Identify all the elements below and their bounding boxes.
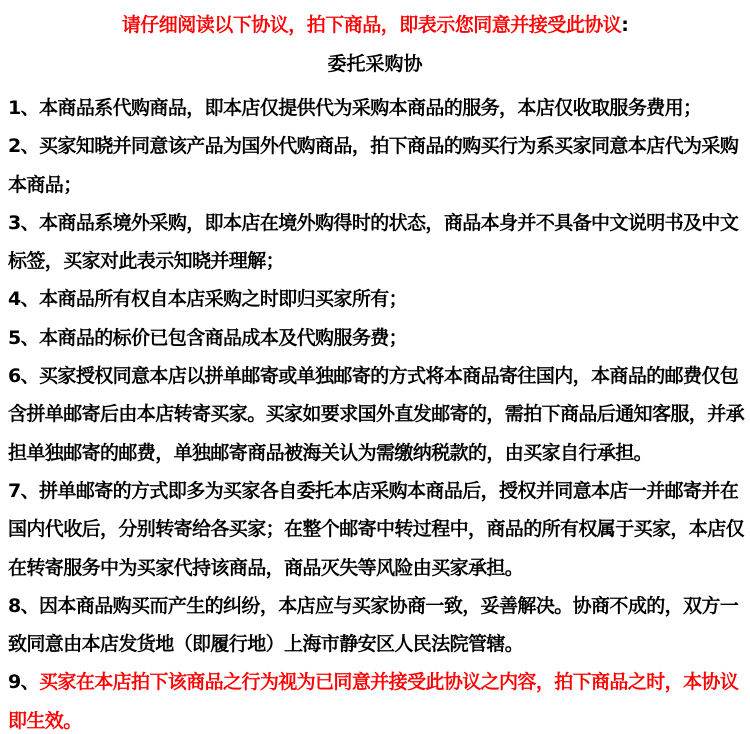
clause-list: 1、本商品系代购商品，即本店仅提供代为采购本商品的服务，本店仅收取服务费用； 2… — [8, 89, 748, 734]
clause-text-highlighted: 买家在本店拍下该商品之行为视为已同意并接受此协议之内容，拍下商品之时，本协议即生… — [8, 671, 738, 731]
clause-6: 6、买家授权同意本店以拼单邮寄或单独邮寄的方式将本商品寄往国内，本商品的邮费仅包… — [8, 357, 748, 472]
notice-text: 请仔细阅读以下协议，拍下商品，即表示您同意并接受此协议 — [122, 14, 622, 36]
clause-number: 5、 — [8, 327, 39, 349]
agreement-notice: 请仔细阅读以下协议，拍下商品，即表示您同意并接受此协议: — [0, 12, 750, 38]
clause-number: 4、 — [8, 288, 39, 310]
clause-text: 本商品系境外采购，即本店在境外购得时的状态，商品本身并不具备中文说明书及中文标签… — [8, 212, 738, 272]
clause-number: 6、 — [8, 365, 39, 387]
clause-2: 2、买家知晓并同意该产品为国外代购商品，拍下商品的购买行为系买家同意本店代为采购… — [8, 127, 748, 204]
clause-1: 1、本商品系代购商品，即本店仅提供代为采购本商品的服务，本店仅收取服务费用； — [8, 89, 748, 127]
clause-number: 1、 — [8, 97, 39, 119]
clause-text: 拼单邮寄的方式即多为买家各自委托本店采购本商品后，授权并同意本店一并邮寄并在国内… — [8, 480, 744, 579]
clause-3: 3、本商品系境外采购，即本店在境外购得时的状态，商品本身并不具备中文说明书及中文… — [8, 204, 748, 281]
clause-number: 8、 — [8, 595, 39, 617]
clause-4: 4、本商品所有权自本店采购之时即归买家所有； — [8, 280, 748, 318]
clause-text: 因本商品购买而产生的纠纷，本店应与买家协商一致，妥善解决。协商不成的，双方一致同… — [8, 595, 738, 655]
clause-text: 买家授权同意本店以拼单邮寄或单独邮寄的方式将本商品寄往国内，本商品的邮费仅包含拼… — [8, 365, 744, 464]
clause-text: 本商品所有权自本店采购之时即归买家所有； — [39, 288, 407, 310]
clause-number: 7、 — [8, 480, 39, 502]
clause-9: 9、买家在本店拍下该商品之行为视为已同意并接受此协议之内容，拍下商品之时，本协议… — [8, 663, 748, 734]
notice-colon: : — [621, 14, 628, 36]
clause-text: 买家知晓并同意该产品为国外代购商品，拍下商品的购买行为系买家同意本店代为采购本商… — [8, 135, 738, 195]
agreement-title: 委托采购协 — [0, 51, 750, 77]
clause-number: 3、 — [8, 212, 39, 234]
clause-text: 本商品的标价已包含商品成本及代购服务费； — [39, 327, 407, 349]
clause-8: 8、因本商品购买而产生的纠纷，本店应与买家协商一致，妥善解决。协商不成的，双方一… — [8, 587, 748, 664]
clause-5: 5、本商品的标价已包含商品成本及代购服务费； — [8, 319, 748, 357]
clause-text: 本商品系代购商品，即本店仅提供代为采购本商品的服务，本店仅收取服务费用； — [39, 97, 701, 119]
clause-number: 9、 — [8, 671, 39, 693]
clause-number: 2、 — [8, 135, 39, 157]
clause-7: 7、拼单邮寄的方式即多为买家各自委托本店采购本商品后，授权并同意本店一并邮寄并在… — [8, 472, 748, 587]
